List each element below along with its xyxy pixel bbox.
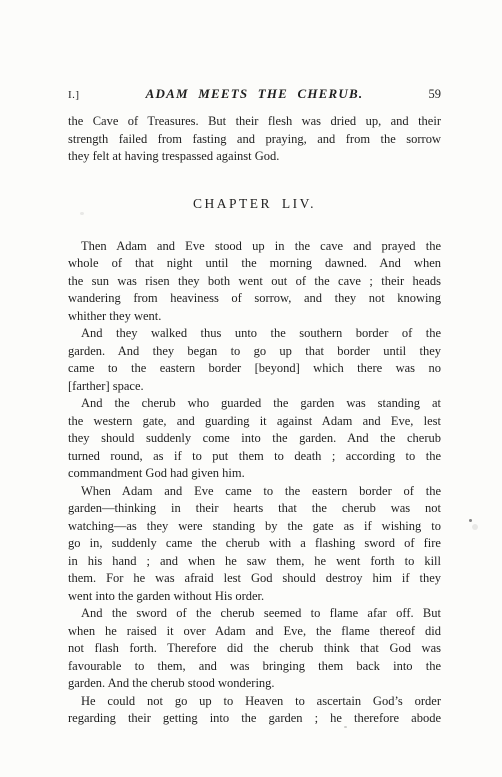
text-block: the Cave of Treasures. But their flesh w… [68, 113, 441, 728]
paragraph-5: And the sword of the cherub seemed to fl… [68, 605, 441, 693]
text-line: they felt at having trespassed against G… [68, 148, 441, 166]
text-line: them. For he was afraid lest God should … [68, 570, 441, 588]
book-page: I.] ADAM MEETS THE CHERUB. 59 the Cave o… [0, 0, 502, 777]
paragraph-4: When Adam and Eve came to the eastern bo… [68, 483, 441, 606]
text-line: favourable to them, and was bringing the… [68, 658, 441, 676]
text-line: they should suddenly come into the garde… [68, 430, 441, 448]
text-line: garden. And the cherub stood wondering. [68, 675, 441, 693]
text-line: He could not go up to Heaven to ascertai… [68, 693, 441, 711]
text-line: When Adam and Eve came to the eastern bo… [68, 483, 441, 501]
scan-speck [472, 524, 478, 530]
text-line: the Cave of Treasures. But their flesh w… [68, 113, 441, 131]
paragraph-1: Then Adam and Eve stood up in the cave a… [68, 238, 441, 326]
page-header: I.] ADAM MEETS THE CHERUB. 59 [68, 86, 441, 103]
text-line: And the sword of the cherub seemed to fl… [68, 605, 441, 623]
text-line: the sun was risen they both went out of … [68, 273, 441, 291]
text-line: went into the garden without His order. [68, 588, 441, 606]
text-line: in his hand ; and when he saw them, he w… [68, 553, 441, 571]
page-number: 59 [395, 87, 441, 102]
scan-speck [469, 519, 472, 522]
text-line: garden—thinking in their hearts that the… [68, 500, 441, 518]
text-line: wandering from heaviness of sorrow, and … [68, 290, 441, 308]
scan-speck [80, 212, 84, 215]
text-line: came to the eastern border [beyond] whic… [68, 360, 441, 378]
running-title: ADAM MEETS THE CHERUB. [114, 86, 395, 102]
scan-speck [344, 726, 347, 728]
text-line: [farther] space. [68, 378, 441, 396]
text-line: strength failed from fasting and praying… [68, 131, 441, 149]
scan-speck [432, 136, 434, 138]
text-line: not flash forth. Therefore did the cheru… [68, 640, 441, 658]
text-line: garden. And they began to go up that bor… [68, 343, 441, 361]
text-line: whole of that night until the morning da… [68, 255, 441, 273]
text-line: watching—as they were standing by the ga… [68, 518, 441, 536]
paragraph-2: And they walked thus unto the southern b… [68, 325, 441, 395]
text-line: when he raised it over Adam and Eve, the… [68, 623, 441, 641]
paragraph-3: And the cherub who guarded the garden wa… [68, 395, 441, 483]
signature-mark: I.] [68, 89, 114, 101]
text-line: commandment God had given him. [68, 465, 441, 483]
text-line: the western gate, and guarding it agains… [68, 413, 441, 431]
text-line: And the cherub who guarded the garden wa… [68, 395, 441, 413]
text-line: whither they went. [68, 308, 441, 326]
text-line: go in, suddenly came the cherub with a f… [68, 535, 441, 553]
paragraph-6: He could not go up to Heaven to ascertai… [68, 693, 441, 728]
text-line: turned round, as if to put them to death… [68, 448, 441, 466]
text-line: And they walked thus unto the southern b… [68, 325, 441, 343]
text-line: regarding their getting into the garden … [68, 710, 441, 728]
chapter-heading: CHAPTER LIV. [68, 194, 441, 214]
text-line: Then Adam and Eve stood up in the cave a… [68, 238, 441, 256]
continuation-paragraph: the Cave of Treasures. But their flesh w… [68, 113, 441, 166]
